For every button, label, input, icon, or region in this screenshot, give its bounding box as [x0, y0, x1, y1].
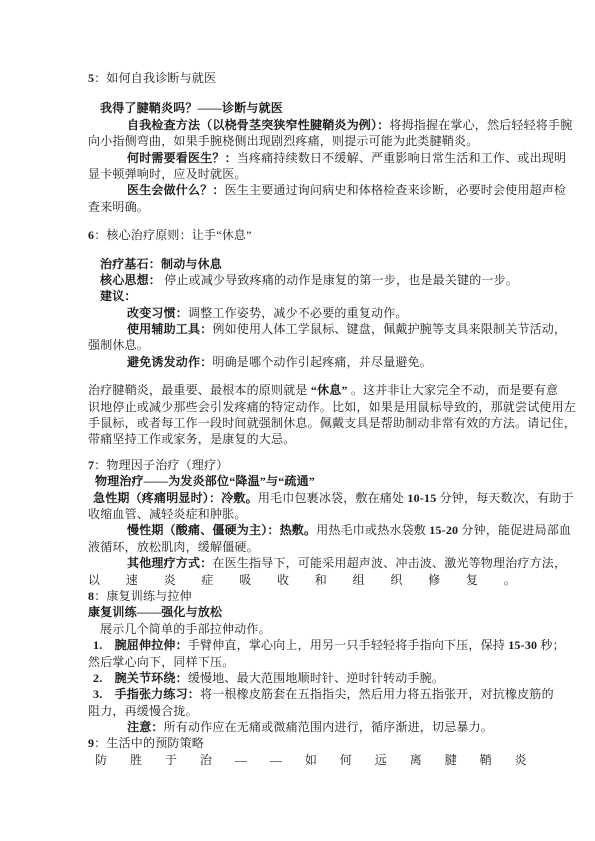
text-char: 何: [340, 752, 352, 768]
text-segment: “休息”: [311, 383, 348, 397]
text-segment: 核心思想：: [100, 273, 161, 287]
text-line: 核心思想： 停止或减少导致疼痛的动作是康复的第一步，也是最关键的一步。: [100, 272, 531, 288]
text-line: 展示几个简单的手部拉伸动作。: [100, 621, 531, 637]
text-line: 注意：所有动作应在无痛或微痛范围内进行，循序渐进，切忌暴力。: [127, 719, 531, 735]
text-segment: 收缩血管、减轻炎症和肿胀。: [88, 507, 247, 521]
text-segment: 用毛巾包裹冰袋，敷在痛处: [258, 491, 408, 505]
text-segment: ：康复训练与拉伸: [94, 589, 192, 603]
text-segment: 手鼠标，或者每工作一段时间就强制休息。佩戴支具是帮助制动非常有效的方法。请记住，: [88, 416, 576, 430]
text-char: 速: [126, 572, 138, 588]
section-heading-5: 5：如何自我诊断与就医: [88, 70, 531, 86]
text-line: 改变习惯：调整工作姿势，减少不必要的重复动作。: [127, 305, 531, 321]
list-item-2: 2. 腕关节环绕：缓慢地、最大范围地顺时针、逆时针转动手腕。: [93, 670, 531, 686]
text-segment: 然后掌心向下，同样下压。: [88, 655, 234, 669]
text-segment: ：物理因子治疗（理疗）: [94, 458, 228, 472]
text-segment: 15-30: [508, 638, 537, 652]
text-char: 修: [428, 572, 440, 588]
text-segment: 医生会做什么？：: [127, 183, 225, 197]
text-line: 医生会做什么？：医生主要通过询问病史和体格检查来诊断，必要时会使用超声检: [127, 182, 531, 198]
document-body: 5：如何自我诊断与就医我得了腱鞘炎吗？——诊断与就医自我检查方法（以桡骨茎突狭窄…: [88, 70, 531, 768]
text-line: 使用辅助工具：例如使用人体工学鼠标、键盘，佩戴护腕等支具来限制关节活动，: [127, 321, 531, 337]
text-segment: 。这并非让大家完全不动，而是要有意: [348, 383, 559, 397]
text-line: 何时需要看医生？：当疼痛持续数日不缓解、严重影响日常生活和工作、或出现明: [127, 150, 531, 166]
text-segment: 手臂伸直，掌心向上，用另一只手轻轻将手指向下压，保持: [188, 638, 508, 652]
text-segment: ：如何自我诊断与就医: [94, 71, 216, 85]
text-char: —: [270, 752, 282, 768]
text-segment: 手指张力练习：: [115, 687, 200, 701]
text-line: 收缩血管、减轻炎症和肿胀。: [88, 506, 531, 522]
text-segment: 例如使用人体工学鼠标、键盘，佩戴护腕等支具来限制关节活动，: [212, 322, 566, 336]
text-char: 。: [504, 572, 516, 588]
text-char: 防: [95, 752, 107, 768]
text-line: 向小指侧弯曲，如果手腕桡侧出现剧烈疼痛，则提示可能为此类腱鞘炎。: [88, 133, 531, 149]
text-segment: 将拇指握在掌心，然后轻轻将手腕: [389, 118, 572, 132]
text-segment: 识地停止或减少那些会引发疼痛的特定动作。比如，如果是用鼠标导致的，那就尝试使用左: [88, 400, 576, 414]
text-line: 查来明确。: [88, 199, 531, 215]
text-segment: 何时需要看医生？：: [127, 151, 237, 165]
text-segment: 液循环，放松肌肉，缓解僵硬。: [88, 540, 259, 554]
text-line: 自我检查方法（以桡骨茎突狭窄性腱鞘炎为例）：将拇指握在掌心，然后轻轻将手腕: [127, 117, 531, 133]
text-segment: 秒；: [537, 638, 565, 652]
text-char: 腱: [445, 752, 457, 768]
text-char: 于: [165, 752, 177, 768]
text-segment: 查来明确。: [88, 200, 149, 214]
subheading-training: 康复训练——强化与放松: [88, 604, 531, 620]
text-char: 离: [410, 752, 422, 768]
justified-line: 防胜于治——如何远离腱鞘炎: [95, 752, 527, 768]
text-segment: 治疗基石：制动与休息: [100, 257, 222, 271]
text-segment: 急性期（疼痛明显时）：冷敷。: [93, 491, 258, 505]
text-line: 治疗腱鞘炎，最重要、最根本的原则就是 “休息” 。这并非让大家完全不动，而是要有…: [88, 382, 531, 398]
justified-line: 以速炎症吸收和组织修复。: [88, 572, 516, 588]
text-segment: 显卡顿弹响时，应及时就医。: [88, 167, 247, 181]
text-segment: 建议：: [100, 289, 137, 303]
subheading-rest: 治疗基石：制动与休息: [100, 256, 531, 272]
text-segment: 使用辅助工具：: [127, 322, 212, 336]
text-char: 收: [277, 572, 289, 588]
text-segment: 展示几个简单的手部拉伸动作。: [100, 622, 271, 636]
text-char: 治: [200, 752, 212, 768]
text-segment: 用热毛巾或热水袋敷: [316, 523, 429, 537]
text-char: 远: [375, 752, 387, 768]
text-segment: 分钟，能促进局部血: [458, 523, 571, 537]
text-segment: 分钟，每天数次，有助于: [436, 491, 573, 505]
text-line: 阻力，再缓慢合拢。: [88, 703, 531, 719]
text-segment: 腕关节环绕：: [115, 671, 188, 685]
text-line: 避免诱发动作：明确是哪个动作引起疼痛，并尽量避免。: [127, 354, 531, 370]
text-line: 显卡顿弹响时，应及时就医。: [88, 166, 531, 182]
text-segment: 慢性期（酸痛、僵硬为主）：热敷。: [127, 523, 316, 537]
text-segment: 自我检查方法（以桡骨茎突狭窄性腱鞘炎为例）：: [127, 118, 389, 132]
text-segment: 腕屈伸拉伸：: [115, 638, 188, 652]
subheading-physio: 物理治疗——为发炎部位“降温”与“疏通”: [95, 473, 531, 489]
list-item-1: 1. 腕屈伸拉伸：手臂伸直，掌心向上，用另一只手轻轻将手指向下压，保持 15-3…: [93, 637, 531, 653]
text-segment: 停止或减少导致疼痛的动作是康复的第一步，也是最关键的一步。: [161, 273, 518, 287]
text-segment: 所有动作应在无痛或微痛范围内进行，循序渐进，切忌暴力。: [164, 720, 493, 734]
text-segment: 将一根橡皮筋套在五指指尖，然后用力将五指张开，对抗橡皮筋的: [200, 687, 554, 701]
text-segment: ：生活中的预防策略: [94, 736, 204, 750]
text-char: 织: [390, 572, 402, 588]
text-char: 组: [353, 572, 365, 588]
text-segment: ：核心治疗原则：让手“休息”: [94, 228, 251, 242]
text-segment: 在医生指导下，可能采用超声波、冲击波、激光等物理治疗方法，: [212, 556, 566, 570]
text-char: 炎: [164, 572, 176, 588]
section-heading-6: 6：核心治疗原则：让手“休息”: [88, 227, 531, 243]
text-segment: 改变习惯：: [127, 306, 188, 320]
text-char: 胜: [130, 752, 142, 768]
text-segment: 康复训练——强化与放松: [88, 605, 222, 619]
subheading-diagnosis: 我得了腱鞘炎吗？——诊断与就医: [100, 100, 531, 116]
text-segment: 3.: [93, 687, 115, 701]
section-heading-9: 9：生活中的预防策略: [88, 735, 531, 751]
text-line: 急性期（疼痛明显时）：冷敷。用毛巾包裹冰袋，敷在痛处 10-15 分钟，每天数次…: [93, 490, 531, 506]
text-line: 其他理疗方式：在医生指导下，可能采用超声波、冲击波、激光等物理治疗方法，: [127, 555, 531, 571]
text-segment: 阻力，再缓慢合拢。: [88, 704, 198, 718]
text-char: 吸: [239, 572, 251, 588]
text-segment: 调整工作姿势，减少不必要的重复动作。: [188, 306, 408, 320]
text-segment: 带痛坚持工作或家务，是康复的大忌。: [88, 432, 295, 446]
text-line: 识地停止或减少那些会引发疼痛的特定动作。比如，如果是用鼠标导致的，那就尝试使用左: [88, 399, 531, 415]
text-line: 建议：: [100, 288, 531, 304]
text-segment: 我得了腱鞘炎吗？——诊断与就医: [100, 101, 283, 115]
text-char: 鞘: [480, 752, 492, 768]
text-segment: 15-20: [429, 523, 458, 537]
text-segment: 当疼痛持续数日不缓解、严重影响日常生活和工作、或出现明: [237, 151, 566, 165]
text-line: 手鼠标，或者每工作一段时间就强制休息。佩戴支具是帮助制动非常有效的方法。请记住，: [88, 415, 531, 431]
text-char: 和: [315, 572, 327, 588]
text-segment: 向小指侧弯曲，如果手腕桡侧出现剧烈疼痛，则提示可能为此类腱鞘炎。: [88, 134, 478, 148]
text-line: 慢性期（酸痛、僵硬为主）：热敷。用热毛巾或热水袋敷 15-20 分钟，能促进局部…: [127, 522, 531, 538]
text-char: 症: [201, 572, 213, 588]
text-segment: 其他理疗方式：: [127, 556, 212, 570]
text-segment: 10-15: [407, 491, 436, 505]
text-segment: 物理治疗——为发炎部位“降温”与“疏通”: [95, 474, 315, 488]
text-line: 液循环，放松肌肉，缓解僵硬。: [88, 539, 531, 555]
text-segment: 缓慢地、最大范围地顺时针、逆时针转动手腕。: [188, 671, 444, 685]
text-char: —: [235, 752, 247, 768]
text-segment: 强制休息。: [88, 338, 149, 352]
text-segment: 注意：: [127, 720, 164, 734]
list-item-3: 3. 手指张力练习：将一根橡皮筋套在五指指尖，然后用力将五指张开，对抗橡皮筋的: [93, 686, 531, 702]
section-heading-8: 8：康复训练与拉伸: [88, 588, 531, 604]
text-char: 复: [466, 572, 478, 588]
section-heading-7: 7：物理因子治疗（理疗）: [88, 457, 531, 473]
text-segment: 避免诱发动作：: [127, 355, 212, 369]
document-page: 5：如何自我诊断与就医我得了腱鞘炎吗？——诊断与就医自我检查方法（以桡骨茎突狭窄…: [0, 0, 595, 841]
text-segment: 明确是哪个动作引起疼痛，并尽量避免。: [212, 355, 432, 369]
text-line: 强制休息。: [88, 337, 531, 353]
text-char: 炎: [515, 752, 527, 768]
text-segment: 2.: [93, 671, 115, 685]
text-char: 以: [88, 572, 100, 588]
text-segment: 治疗腱鞘炎，最重要、最根本的原则就是: [88, 383, 311, 397]
text-char: 如: [305, 752, 317, 768]
text-line: 然后掌心向下，同样下压。: [88, 654, 531, 670]
text-line: 带痛坚持工作或家务，是康复的大忌。: [88, 431, 531, 447]
text-segment: 1.: [93, 638, 115, 652]
text-segment: 医生主要通过询问病史和体格检查来诊断，必要时会使用超声检: [225, 183, 567, 197]
